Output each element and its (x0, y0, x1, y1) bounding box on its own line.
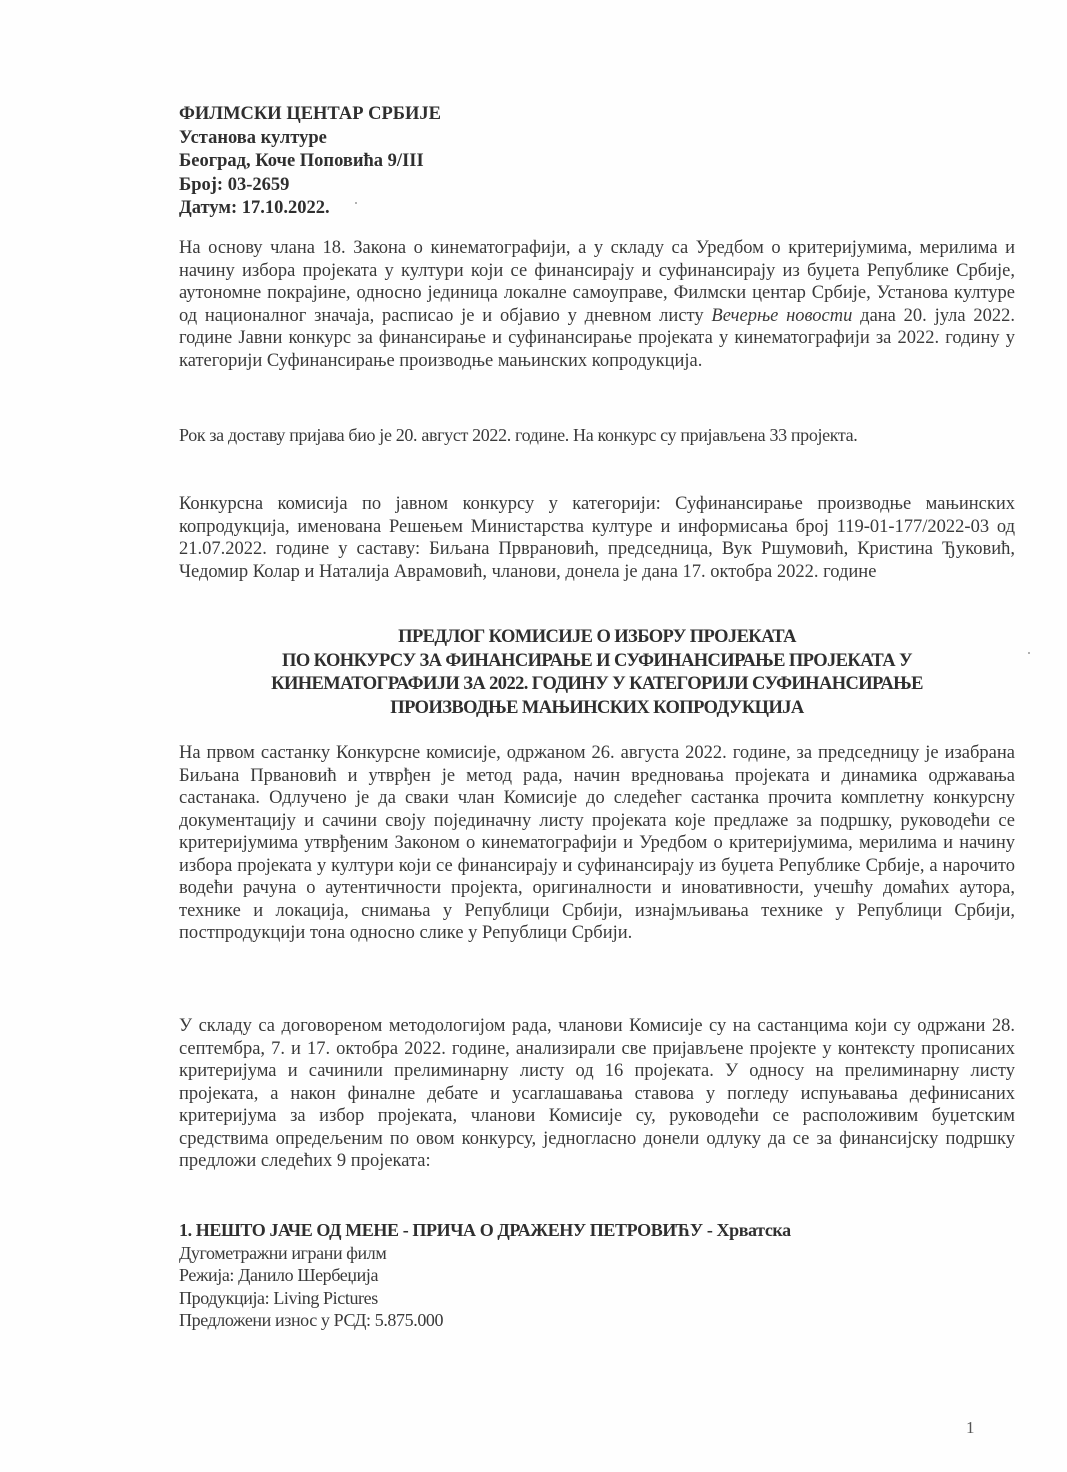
project-amount: Предложени износ у РСД: 5.875.000 (179, 1309, 1015, 1332)
project-type: Дугометражни играни филм (179, 1242, 1015, 1265)
organization-type: Установа културе (179, 127, 1015, 151)
project-production: Продукција: Living Pictures (179, 1287, 1015, 1310)
project-director: Режија: Данило Шербеџија (179, 1264, 1015, 1287)
proposal-title: ПРЕДЛОГ КОМИСИЈЕ О ИЗБОРУ ПРОЈЕКАТА ПО К… (179, 626, 1015, 720)
project-title: 1. НЕШТО ЈАЧЕ ОД МЕНЕ - ПРИЧА О ДРАЖЕНУ … (179, 1219, 1015, 1242)
organization-name: ФИЛМСКИ ЦЕНТАР СРБИЈЕ (179, 103, 1015, 127)
letterhead: ФИЛМСКИ ЦЕНТАР СРБИЈЕ Установа културе Б… (179, 103, 1015, 221)
page-number: 1 (966, 1418, 975, 1438)
scan-speck (1028, 652, 1030, 654)
scan-speck (355, 202, 357, 204)
organization-address: Београд, Коче Поповића 9/III (179, 150, 1015, 174)
newspaper-name: Вечерње новости (711, 306, 852, 326)
proposal-title-line-2: ПО КОНКУРСУ ЗА ФИНАНСИРАЊЕ И СУФИНАНСИРА… (179, 650, 1015, 674)
first-meeting-paragraph: На првом састанку Конкурсне комисије, од… (179, 742, 1015, 945)
intro-paragraph: На основу члана 18. Закона о кинематогра… (179, 237, 1015, 372)
document-number: Број: 03-2659 (179, 174, 1015, 198)
document-date: Датум: 17.10.2022. (179, 197, 1015, 221)
methodology-paragraph: У складу са договореном методологијом ра… (179, 1015, 1015, 1173)
deadline-paragraph: Рок за доставу пријава био је 20. август… (179, 424, 1015, 447)
proposal-title-line-4: ПРОИЗВОДЊЕ МАЊИНСКИХ КОПРОДУКЦИЈА (179, 697, 1015, 721)
project-entry: 1. НЕШТО ЈАЧЕ ОД МЕНЕ - ПРИЧА О ДРАЖЕНУ … (179, 1219, 1015, 1332)
document-page: ФИЛМСКИ ЦЕНТАР СРБИЈЕ Установа културе Б… (0, 0, 1067, 1472)
proposal-title-line-1: ПРЕДЛОГ КОМИСИЈЕ О ИЗБОРУ ПРОЈЕКАТА (179, 626, 1015, 650)
commission-paragraph: Конкурсна комисија по јавном конкурсу у … (179, 493, 1015, 583)
document-content: ФИЛМСКИ ЦЕНТАР СРБИЈЕ Установа културе Б… (179, 103, 1015, 221)
proposal-title-line-3: КИНЕМАТОГРАФИЈИ ЗА 2022. ГОДИНУ У КАТЕГО… (179, 673, 1015, 697)
